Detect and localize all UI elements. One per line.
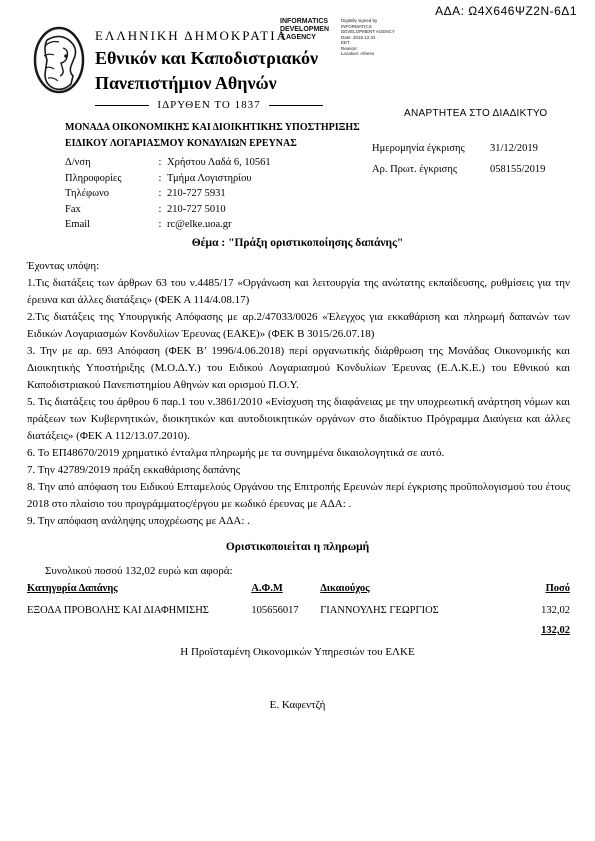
table-total: 132,02 [27,625,570,636]
university-emblem-icon [33,26,85,94]
founded-rule-right [269,105,323,106]
approval-protocol-row: Αρ. Πρωτ. έγκρισης 058155/2019 [372,159,545,180]
ada-code: ΑΔΑ: Ω4Χ646ΨΖ2Ν-6Δ1 [435,4,577,18]
payment-table-header: Κατηγορία Δαπάνης Α.Φ.Μ Δικαιούχος Ποσό [27,583,570,594]
letterhead-text: ΕΛΛΗΝΙΚΗ ΔΗΜΟΚΡΑΤΙΑ Εθνικόν και Καποδιστ… [95,26,323,111]
approval-block: Ημερομηνία έγκρισης 31/12/2019 Αρ. Πρωτ.… [372,138,545,180]
body-item-7: 7. Την 42789/2019 πράξη εκκαθάρισης δαπά… [27,462,570,479]
document-page: ΑΔΑ: Ω4Χ646ΨΖ2Ν-6Δ1 INFORMATICS DEVELOPM… [0,0,595,841]
contact-label: Πληροφορίες [65,171,153,187]
payment-table: Κατηγορία Δαπάνης Α.Φ.Μ Δικαιούχος Ποσό … [27,583,570,636]
contact-separator: : [153,155,167,171]
body-item-2: 2.Τις διατάξεις της Υπουργικής Απόφασης … [27,309,570,343]
approval-date-row: Ημερομηνία έγκρισης 31/12/2019 [372,138,545,159]
body-item-3: 3. Την με αρ. 693 Απόφαση (ΦΕΚ Β’ 1996/4… [27,343,570,394]
approval-date-value: 31/12/2019 [490,138,538,159]
issuing-unit: ΜΟΝΑΔΑ ΟΙΚΟΝΟΜΙΚΗΣ ΚΑΙ ΔΙΟΙΚΗΤΙΚΗΣ ΥΠΟΣΤ… [65,120,365,152]
contact-value: rc@elke.uoa.gr [167,217,231,233]
unit-line1: ΜΟΝΑΔΑ ΟΙΚΟΝΟΜΙΚΗΣ ΚΑΙ ΔΙΟΙΚΗΤΙΚΗΣ ΥΠΟΣΤ… [65,120,365,136]
letterhead: ΕΛΛΗΝΙΚΗ ΔΗΜΟΚΡΑΤΙΑ Εθνικόν και Καποδιστ… [33,26,323,111]
legal-considerations: Έχοντας υπόψη: 1.Τις διατάξεις των άρθρω… [27,258,570,530]
header-afm: Α.Φ.Μ [233,583,320,594]
contact-row-address: Δ/νση : Χρήστου Λαδά 6, 10561 [65,155,271,171]
body-item-6: 6. Το ΕΠ48670/2019 χρηματικό ένταλμα πλη… [27,445,570,462]
signatory-title: Η Προϊσταμένη Οικονομικών Υπηρεσιών του … [0,646,595,658]
total-amount-line: Συνολικού ποσού 132,02 ευρώ και αφορά: [45,565,233,577]
cell-afm: 105656017 [233,605,320,616]
header-beneficiary: Δικαιούχος [320,583,488,594]
stamp-signature-details: Digitally signed by INFORMATICS DEVELOPM… [341,18,431,57]
contact-value: Τμήμα Λογιστηρίου [167,171,252,187]
contact-label: Email [65,217,153,233]
body-item-1: 1.Τις διατάξεις των άρθρων 63 του ν.4485… [27,275,570,309]
stamp-sig-line: Location: Athens [341,51,431,57]
founded-rule-left [95,105,149,106]
web-posting-notice: ΑΝΑΡΤΗΤΕΑ ΣΤΟ ΔΙΑΔΙΚΤΥΟ [404,108,548,119]
founded-row: ΙΔΡΥΘΕΝ ΤΟ 1837 [95,99,323,111]
approval-protocol-label: Αρ. Πρωτ. έγκρισης [372,159,490,180]
header-category: Κατηγορία Δαπάνης [27,583,233,594]
cell-beneficiary: ΓΙΑΝΝΟΥΛΗΣ ΓΕΩΡΓΙΟΣ [320,605,488,616]
contact-separator: : [153,171,167,187]
subject-line: Θέμα : "Πράξη οριστικοποίησης δαπάνης" [0,237,595,249]
contact-label: Fax [65,202,153,218]
signatory-name: Ε. Καφεντζή [0,699,595,711]
university-name-line2: Πανεπιστήμιον Αθηνών [95,72,323,94]
finalization-heading: Οριστικοποιείται η πληρωμή [0,541,595,553]
approval-protocol-value: 058155/2019 [490,159,545,180]
contact-value: Χρήστου Λαδά 6, 10561 [167,155,271,171]
contact-row-email: Email : rc@elke.uoa.gr [65,217,271,233]
unit-line2: ΕΙΔΙΚΟΥ ΛΟΓΑΡΙΑΣΜΟΥ ΚΟΝΔΥΛΙΩΝ ΕΡΕΥΝΑΣ [65,136,365,152]
university-name-line1: Εθνικόν και Καποδιστριακόν [95,47,323,69]
contact-label: Δ/νση [65,155,153,171]
body-item-5: 5. Τις διατάξεις του άρθρου 6 παρ.1 του … [27,394,570,445]
approval-date-label: Ημερομηνία έγκρισης [372,138,490,159]
contact-value: 210-727 5010 [167,202,226,218]
header-amount: Ποσό [489,583,570,594]
stamp-agency-line: INFORMATICS [280,18,336,26]
cell-amount: 132,02 [489,605,570,616]
body-item-8: 8. Την από απόφαση του Ειδικού Επταμελού… [27,479,570,513]
contact-value: 210-727 5931 [167,186,226,202]
contact-separator: : [153,217,167,233]
contact-label: Τηλέφωνο [65,186,153,202]
contact-separator: : [153,202,167,218]
table-row: ΕΞΟΔΑ ΠΡΟΒΟΛΗΣ ΚΑΙ ΔΙΑΦΗΜΙΣΗΣ 105656017 … [27,605,570,616]
body-item-9: 9. Την απόφαση ανάληψης υποχρέωσης με ΑΔ… [27,513,570,530]
contact-row-phone: Τηλέφωνο : 210-727 5931 [65,186,271,202]
contact-separator: : [153,186,167,202]
contact-block: Δ/νση : Χρήστου Λαδά 6, 10561 Πληροφορίε… [65,155,271,233]
cell-category: ΕΞΟΔΑ ΠΡΟΒΟΛΗΣ ΚΑΙ ΔΙΑΦΗΜΙΣΗΣ [27,605,233,616]
body-intro: Έχοντας υπόψη: [27,258,570,275]
contact-row-fax: Fax : 210-727 5010 [65,202,271,218]
contact-row-info: Πληροφορίες : Τμήμα Λογιστηρίου [65,171,271,187]
founded-text: ΙΔΡΥΘΕΝ ΤΟ 1837 [149,99,268,111]
republic-title: ΕΛΛΗΝΙΚΗ ΔΗΜΟΚΡΑΤΙΑ [95,28,323,44]
